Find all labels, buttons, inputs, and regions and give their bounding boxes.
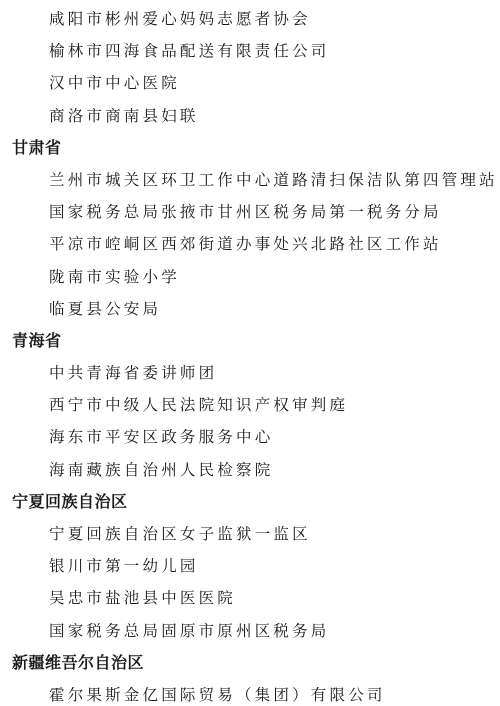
list-item: 宁夏回族自治区女子监狱一监区 bbox=[0, 518, 500, 550]
list-item: 国家税务总局固原市原州区税务局 bbox=[0, 615, 500, 647]
list-item: 海南藏族自治州人民检察院 bbox=[0, 454, 500, 486]
list-item: 国家税务总局张掖市甘州区税务局第一税务分局 bbox=[0, 196, 500, 228]
list-item: 吴忠市盐池县中医医院 bbox=[0, 582, 500, 614]
province-header: 青海省 bbox=[0, 325, 500, 357]
province-header: 宁夏回族自治区 bbox=[0, 486, 500, 518]
list-item: 西宁市中级人民法院知识产权审判庭 bbox=[0, 389, 500, 421]
list-item: 海东市平安区政务服务中心 bbox=[0, 421, 500, 453]
list-item: 汉中市中心医院 bbox=[0, 67, 500, 99]
list-item: 平凉市崆峒区西郊街道办事处兴北路社区工作站 bbox=[0, 228, 500, 260]
document-list: 咸阳市彬州爱心妈妈志愿者协会 榆林市四海食品配送有限责任公司 汉中市中心医院 商… bbox=[0, 3, 500, 706]
list-item: 中共青海省委讲师团 bbox=[0, 357, 500, 389]
list-item: 银川市第一幼儿园 bbox=[0, 550, 500, 582]
province-header: 新疆维吾尔自治区 bbox=[0, 647, 500, 679]
list-item: 霍尔果斯金亿国际贸易（集团）有限公司 bbox=[0, 679, 500, 706]
province-header: 甘肃省 bbox=[0, 132, 500, 164]
list-item: 榆林市四海食品配送有限责任公司 bbox=[0, 35, 500, 67]
list-item: 兰州市城关区环卫工作中心道路清扫保洁队第四管理站 bbox=[0, 164, 500, 196]
list-item: 商洛市商南县妇联 bbox=[0, 100, 500, 132]
list-item: 临夏县公安局 bbox=[0, 293, 500, 325]
list-item: 咸阳市彬州爱心妈妈志愿者协会 bbox=[0, 3, 500, 35]
list-item: 陇南市实验小学 bbox=[0, 261, 500, 293]
